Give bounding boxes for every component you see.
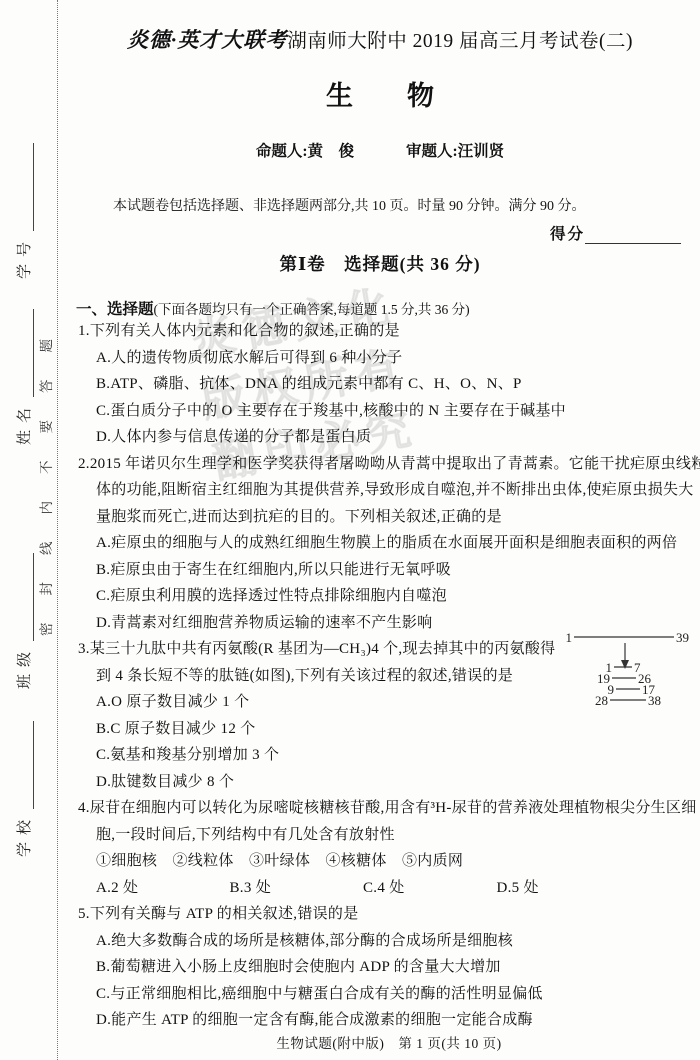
q2-stem-cont: 量胞浆而死亡,进而达到抗疟的目的。下列相关叙述,正确的是 bbox=[78, 504, 700, 531]
q4-sub-items: ①细胞核 ②线粒体 ③叶绿体 ④核糖体 ⑤内质网 bbox=[78, 848, 700, 875]
q5-option-c: C.与正常细胞相比,癌细胞中与糖蛋白合成有关的酶的活性明显偏低 bbox=[78, 981, 700, 1008]
setter-name: 命题人:黄 俊 bbox=[256, 143, 354, 160]
part-title: 一、选择题 bbox=[76, 301, 154, 318]
score-box: 得分 bbox=[550, 222, 681, 244]
q5-option-d: D.能产生 ATP 的细胞一定含有酶,能合成激素的细胞一定能合成酶 bbox=[78, 1007, 700, 1034]
q5-option-b: B.葡萄糖进入小肠上皮细胞时会使胞内 ADP 的含量大大增加 bbox=[78, 954, 700, 981]
q4-option-c: C.4 处 bbox=[363, 875, 497, 902]
field-class: 班级 bbox=[14, 511, 34, 689]
field-student-id-blank bbox=[18, 143, 34, 231]
q4-option-a: A.2 处 bbox=[96, 875, 230, 902]
footer-pagination: 生物试题(附中版) 第 1 页(共 10 页) bbox=[78, 1032, 700, 1052]
fragment-4-start: 28 bbox=[595, 693, 608, 708]
score-label: 得分 bbox=[550, 222, 585, 244]
field-school-label: 学校 bbox=[13, 813, 34, 857]
fragment-4-end: 38 bbox=[648, 693, 661, 708]
diagram-whole-start: 1 bbox=[566, 630, 573, 645]
field-school: 学校 bbox=[14, 679, 34, 857]
q5-stem: 5.下列有关酶与 ATP 的相关叙述,错误的是 bbox=[78, 901, 700, 928]
q2-stem: 2.2015 年诺贝尔生理学和医学奖获得者屠呦呦从青蒿中提取出了青蒿素。它能干扰… bbox=[78, 451, 700, 478]
exam-header-line: 炎德·英才大联考湖南师大附中 2019 届高三月考试卷(二) bbox=[60, 24, 700, 54]
q1-stem: 1.下列有关人体内元素和化合物的叙述,正确的是 bbox=[78, 318, 700, 345]
setters-line: 命题人:黄 俊审题人:汪训贤 bbox=[60, 139, 700, 161]
q2-stem-cont: 体的功能,阻断宿主红细胞为其提供营养,导致形成自噬泡,并不断排出虫体,使疟原虫损… bbox=[78, 477, 700, 504]
field-name: 姓名 bbox=[14, 267, 34, 445]
field-class-blank bbox=[18, 553, 34, 641]
q1-option-d: D.人体内参与信息传递的分子都是蛋白质 bbox=[78, 424, 700, 451]
exam-notice: 本试题卷包括选择题、非选择题两部分,共 10 页。时量 90 分钟。满分 90 … bbox=[113, 195, 586, 215]
q3-option-c: C.氨基和羧基分别增加 3 个 bbox=[78, 742, 700, 769]
q4-option-d: D.5 处 bbox=[497, 875, 631, 902]
reviewer-name: 审题人:汪训贤 bbox=[406, 143, 504, 160]
subject-title: 生 物 bbox=[60, 74, 700, 113]
q2-option-c: C.疟原虫利用膜的选择透过性特点排除细胞内自噬泡 bbox=[78, 583, 700, 610]
q2-option-a: A.疟原虫的细胞与人的成熟红细胞生物膜上的脂质在水面展开面积是细胞表面积的两倍 bbox=[78, 530, 700, 557]
section-heading: 第Ⅰ卷 选择题(共 36 分) bbox=[60, 251, 700, 276]
exam-title: 湖南师大附中 2019 届高三月考试卷(二) bbox=[287, 31, 633, 52]
exam-series: 炎德·英才大联考 bbox=[127, 28, 287, 52]
q1-option-a: A.人的遗传物质彻底水解后可得到 6 种小分子 bbox=[78, 345, 700, 372]
field-school-blank bbox=[18, 721, 34, 809]
q4-answer-row: A.2 处B.3 处C.4 处D.5 处 bbox=[78, 875, 700, 902]
field-student-id: 学号 bbox=[14, 101, 34, 279]
arrow-head-icon bbox=[621, 660, 629, 669]
q1-option-b: B.ATP、磷脂、抗体、DNA 的组成元素中都有 C、H、O、N、P bbox=[78, 371, 700, 398]
q2-option-b: B.疟原虫由于寄生在红细胞内,所以只能进行无氧呼吸 bbox=[78, 557, 700, 584]
score-blank-line bbox=[585, 226, 681, 244]
q4-option-b: B.3 处 bbox=[230, 875, 364, 902]
q4-stem: 4.尿苷在细胞内可以转化为尿嘧啶核糖核苷酸,用含有³H-尿苷的营养液处理植物根尖… bbox=[78, 795, 700, 822]
q4-stem-cont: 胞,一段时间后,下列结构中有几处含有放射性 bbox=[78, 822, 700, 849]
field-name-label: 姓名 bbox=[13, 401, 34, 445]
diagram-whole-end: 39 bbox=[676, 630, 689, 645]
seal-instruction-text: 密封线内不要答题 bbox=[35, 264, 53, 684]
q3-peptide-diagram: 1 39 1 7 19 26 9 17 28 38 bbox=[556, 622, 698, 714]
q5-option-a: A.绝大多数酶合成的场所是核糖体,部分酶的合成场所是细胞核 bbox=[78, 928, 700, 955]
field-name-blank bbox=[18, 309, 34, 397]
q1-option-c: C.蛋白质分子中的 O 主要存在于羧基中,核酸中的 N 主要存在于碱基中 bbox=[78, 398, 700, 425]
part-note: (下面各题均只有一个正确答案,每道题 1.5 分,共 36 分) bbox=[154, 302, 470, 317]
part-heading: 一、选择题(下面各题均只有一个正确答案,每道题 1.5 分,共 36 分) bbox=[76, 297, 470, 319]
q3-option-b: B.C 原子数目减少 12 个 bbox=[78, 716, 700, 743]
seal-dotted-line bbox=[57, 0, 58, 1060]
fragment-3-start: 9 bbox=[608, 682, 615, 697]
q3-option-d: D.肽键数目减少 8 个 bbox=[78, 769, 700, 796]
